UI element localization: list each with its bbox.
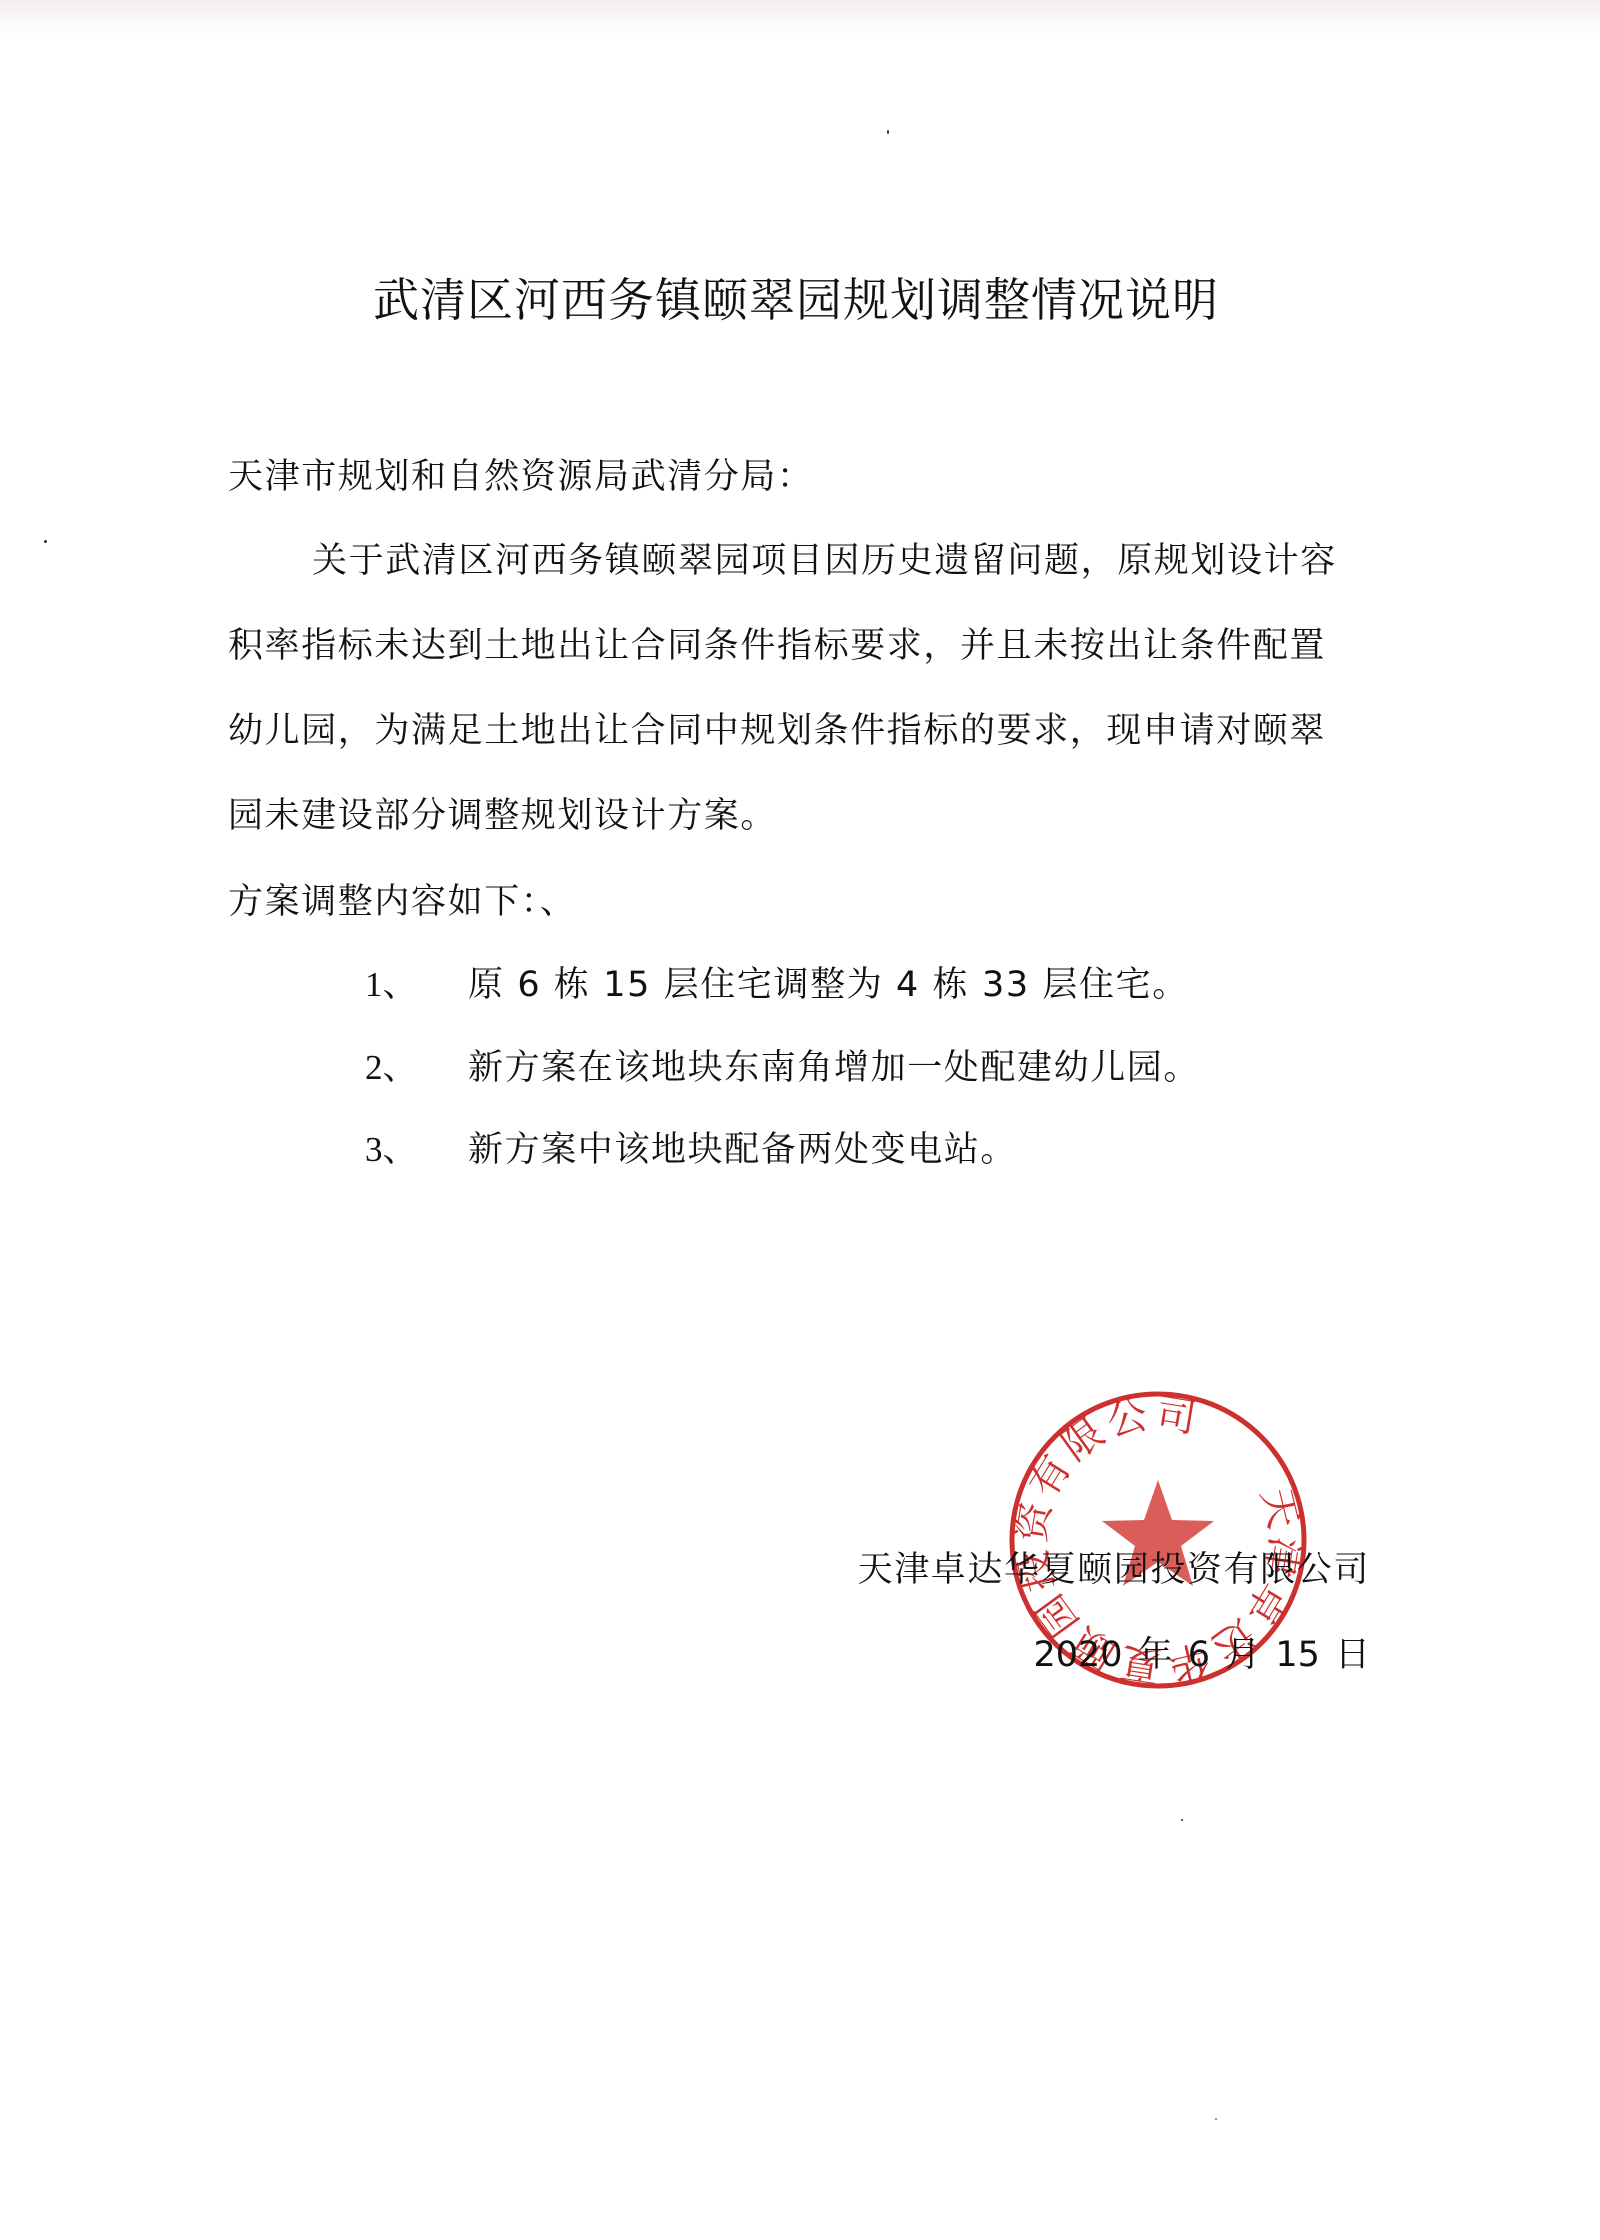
document-title: 武清区河西务镇颐翠园规划调整情况说明 <box>0 268 1600 332</box>
list-intro: 方案调整内容如下：、 <box>228 877 577 927</box>
scan-speck <box>44 540 47 543</box>
list-item-number: 3、 <box>365 1125 418 1175</box>
paragraph-line: 园未建设部分调整规划设计方案。 <box>228 791 1378 841</box>
scan-speck <box>887 130 889 134</box>
paragraph-line: 积率指标未达到土地出让合同条件指标要求，并且未按出让条件配置 <box>228 621 1378 671</box>
list-item-number: 2、 <box>365 1043 418 1093</box>
scan-speck <box>1181 1819 1183 1821</box>
list-item-text: 原 6 栋 15 层住宅调整为 4 栋 33 层住宅。 <box>468 960 1189 1010</box>
paragraph-line: 幼儿园，为满足土地出让合同中规划条件指标的要求，现申请对颐翠 <box>228 706 1378 756</box>
list-item-text: 新方案在该地块东南角增加一处配建幼儿园。 <box>468 1043 1200 1093</box>
list-item-text: 新方案中该地块配备两处变电站。 <box>468 1125 1017 1175</box>
salutation: 天津市规划和自然资源局武清分局： <box>228 452 814 502</box>
signature-company: 天津卓达华夏颐园投资有限公司 <box>858 1545 1370 1595</box>
signature-date: 2020 年 6 月 15 日 <box>1033 1630 1370 1680</box>
scan-edge-shading <box>0 0 1600 40</box>
paragraph-line: 关于武清区河西务镇颐翠园项目因历史遗留问题，原规划设计容 <box>312 536 1462 586</box>
list-item-number: 1、 <box>365 960 418 1010</box>
scan-speck <box>1215 2118 1217 2120</box>
